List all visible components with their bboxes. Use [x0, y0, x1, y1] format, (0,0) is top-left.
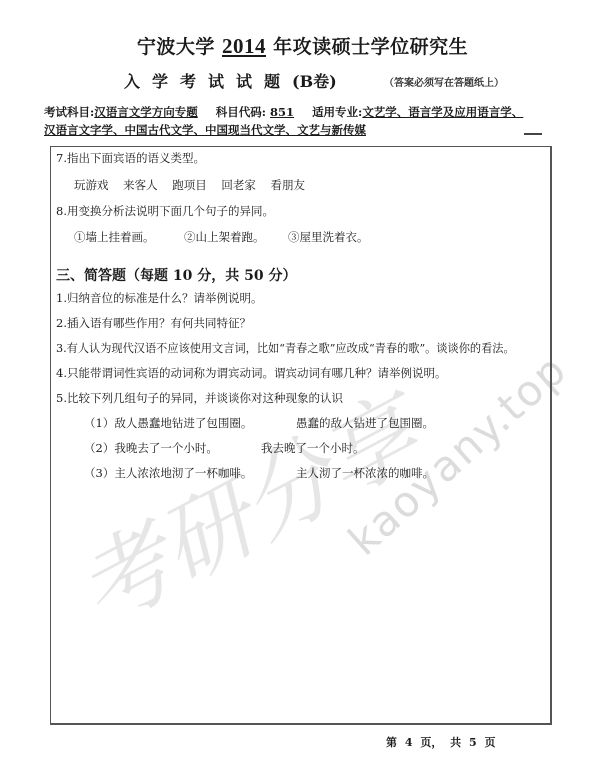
- short-answer-4: 4.只能带谓词性宾语的动词称为谓宾动词。谓宾动词有哪几种？请举例说明。: [56, 365, 446, 381]
- item: ③屋里洗着衣。: [288, 229, 369, 245]
- question-number: 7.: [56, 151, 67, 165]
- question-7-items: 玩游戏 来客人 跑项目 回老家 看朋友: [74, 177, 305, 193]
- short-answer-3: 3.有人认为现代汉语不应该使用文言词，比如“青春之歌”应改成“青春的歌”。谈谈你…: [56, 340, 515, 356]
- paper-version: (B卷): [292, 72, 337, 91]
- pair-1: （1）敌人愚蠢地钻进了包围圈。: [84, 415, 252, 431]
- item: 来客人: [123, 178, 158, 192]
- answer-note: （答案必须写在答题纸上）: [384, 74, 504, 89]
- item: 玩游戏: [74, 178, 109, 192]
- question-text: 指出下面宾语的语义类型。: [67, 151, 205, 165]
- item: ②山上架着跑。: [184, 229, 265, 245]
- pair-sentence-a: 敌人愚蠢地钻进了包围圈。: [114, 416, 252, 430]
- pair-label: （1）: [84, 416, 114, 430]
- code-label: 科目代码:: [216, 105, 266, 119]
- short-answer-2: 2.插入语有哪些作用？有何共同特征？: [56, 315, 251, 331]
- question-8: 8.用变换分析法说明下面几个句子的异同。: [56, 203, 274, 219]
- subject-label: 考试科目:: [44, 105, 94, 119]
- blank-underline: [524, 133, 542, 135]
- question-text: 用变换分析法说明下面几个句子的异同。: [67, 204, 274, 218]
- item: 看朋友: [271, 178, 306, 192]
- pair-3: （3）主人浓浓地沏了一杯咖啡。: [84, 465, 252, 481]
- page-number: 第 4 页， 共 5 页: [386, 734, 495, 750]
- pair-1-b: 愚蠢的敌人钻进了包围圈。: [296, 415, 434, 431]
- pair-label: （2）: [84, 441, 114, 455]
- item: 回老家: [221, 178, 256, 192]
- short-answer-5: 5.比较下列几组句子的异同，并谈谈你对这种现象的认识: [56, 390, 343, 406]
- code-value: 851: [270, 105, 294, 119]
- exam-title: 宁波大学 2014 年攻读硕士学位研究生: [0, 32, 605, 59]
- short-answer-1: 1.归纳音位的标准是什么？请举例说明。: [56, 290, 262, 306]
- pair-label: （3）: [84, 466, 114, 480]
- major-label: 适用专业:: [312, 105, 362, 119]
- pair-2: （2）我晚去了一个小时。: [84, 440, 218, 456]
- subject-value: 汉语言文学方向专题: [94, 105, 198, 119]
- item: 跑项目: [172, 178, 207, 192]
- university-name: 宁波大学: [137, 36, 215, 58]
- question-7: 7.指出下面宾语的语义类型。: [56, 150, 205, 166]
- pair-sentence-a: 我晚去了一个小时。: [114, 441, 218, 455]
- section-heading: 三、简答题（每题 10 分，共 50 分）: [56, 265, 296, 285]
- pair-3-b: 主人沏了一杯浓浓的咖啡。: [296, 465, 434, 481]
- title-suffix: 年攻读硕士学位研究生: [273, 36, 468, 58]
- question-number: 8.: [56, 204, 67, 218]
- exam-meta: 考试科目:汉语言文学方向专题 科目代码: 851 适用专业:文艺学、语言学及应用…: [44, 103, 554, 139]
- exam-year: 2014: [222, 34, 266, 58]
- major-value-1: 文艺学、语言学及应用语言学、: [362, 105, 523, 119]
- exam-subtitle: 入学考试试题(B卷): [124, 69, 337, 92]
- pair-sentence-a: 主人浓浓地沏了一杯咖啡。: [114, 466, 252, 480]
- major-value-2: 汉语言文字学、中国古代文学、中国现当代文学、文艺与新传媒: [44, 123, 366, 137]
- item: ①墙上挂着画。: [74, 229, 155, 245]
- subtitle-text: 入学考试试题: [124, 72, 292, 91]
- pair-2-b: 我去晚了一个小时。: [261, 440, 365, 456]
